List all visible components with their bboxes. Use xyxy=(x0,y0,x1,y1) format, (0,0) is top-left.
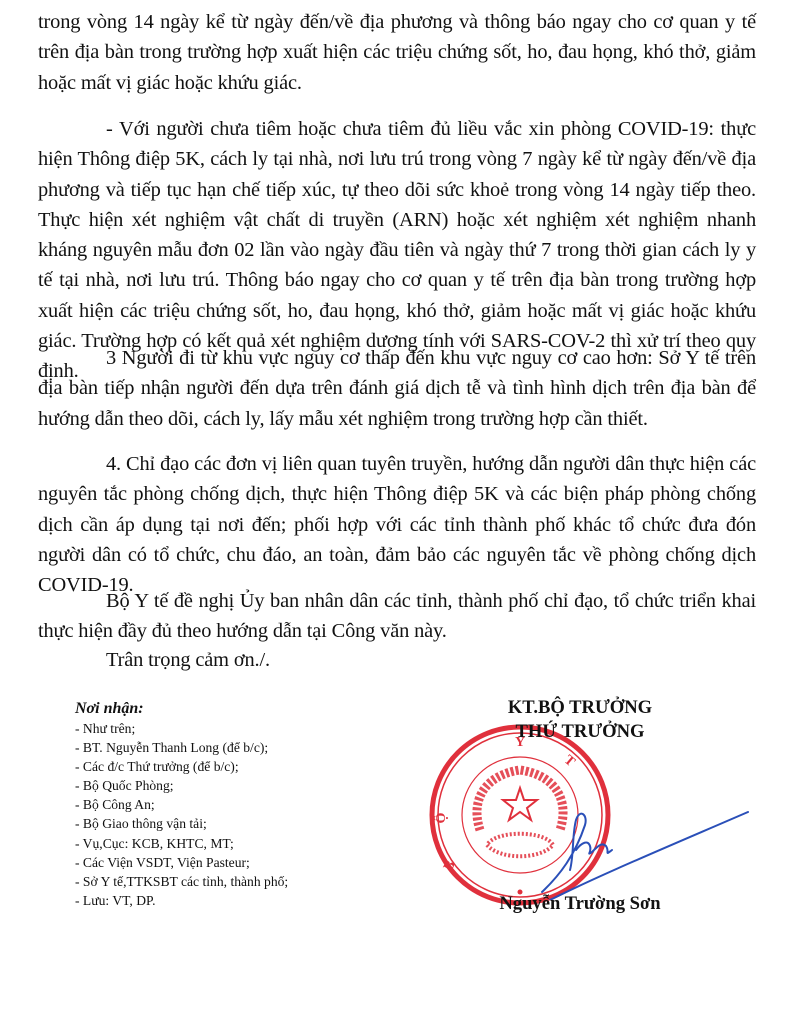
signer-title-line2: THỨ TRƯỞNG xyxy=(420,721,740,743)
signature-block: KT.BỘ TRƯỞNG THỨ TRƯỞNG Nguyễn Trường Sơ… xyxy=(420,690,740,930)
paragraph-closing: Trân trọng cảm ơn./. xyxy=(38,645,756,675)
recipient-item: - Vụ,Cục: KCB, KHTC, MT; xyxy=(75,834,395,853)
signer-name: Nguyễn Trường Sơn xyxy=(420,893,740,915)
recipient-item: - Như trên; xyxy=(75,719,395,738)
paragraph-item-4: 4. Chỉ đạo các đơn vị liên quan tuyên tr… xyxy=(38,449,756,600)
recipient-item: - Sở Y tế,TTKSBT các tỉnh, thành phố; xyxy=(75,872,395,891)
recipients-title: Nơi nhận: xyxy=(75,698,395,719)
recipients-block: Nơi nhận: - Như trên; - BT. Nguyễn Thanh… xyxy=(75,698,395,910)
document-page: trong vòng 14 ngày kể từ ngày đến/về địa… xyxy=(0,0,810,1009)
signer-title-line1: KT.BỘ TRƯỞNG xyxy=(420,697,740,719)
recipient-item: - Các đ/c Thứ trưởng (để b/c); xyxy=(75,757,395,776)
recipient-item: - Bộ Giao thông vận tải; xyxy=(75,814,395,833)
recipient-item: - Bộ Công An; xyxy=(75,795,395,814)
recipient-item: - Lưu: VT, DP. xyxy=(75,891,395,910)
paragraph-request: Bộ Y tế đề nghị Ủy ban nhân dân các tỉnh… xyxy=(38,586,756,647)
paragraph-item-3: 3 Người đi từ khu vực nguy cơ thấp đến k… xyxy=(38,343,756,434)
recipient-item: - Bộ Quốc Phòng; xyxy=(75,776,395,795)
paragraph-continuation: trong vòng 14 ngày kể từ ngày đến/về địa… xyxy=(38,7,756,98)
recipient-item: - BT. Nguyễn Thanh Long (để b/c); xyxy=(75,738,395,757)
recipient-item: - Các Viện VSDT, Viện Pasteur; xyxy=(75,853,395,872)
